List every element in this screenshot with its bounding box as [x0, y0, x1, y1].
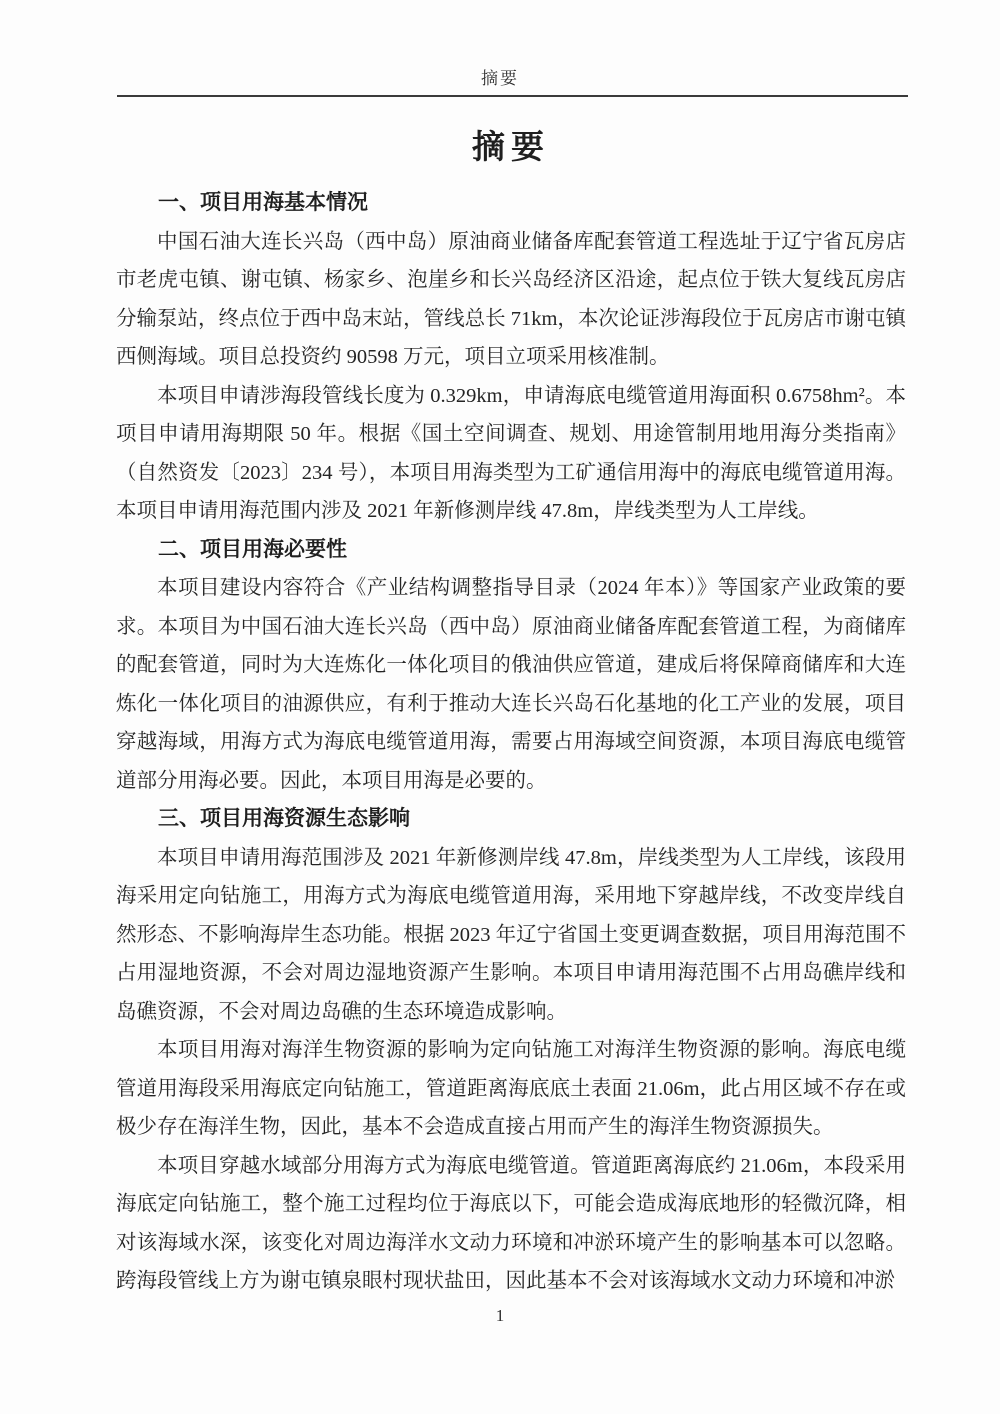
section-heading-eco-impact: 三、项目用海资源生态影响	[116, 800, 906, 839]
paragraph: 本项目建设内容符合《产业结构调整指导目录（2024 年本）》等国家产业政策的要求…	[116, 569, 906, 800]
section-heading-project-basics: 一、项目用海基本情况	[116, 184, 906, 223]
paragraph: 本项目申请涉海段管线长度为 0.329km，申请海底电缆管道用海面积 0.675…	[116, 377, 906, 531]
paragraph: 本项目用海对海洋生物资源的影响为定向钻施工对海洋生物资源的影响。海底电缆管道用海…	[116, 1031, 906, 1147]
header-rule	[117, 95, 908, 97]
document-content: 摘要 一、项目用海基本情况 中国石油大连长兴岛（西中岛）原油商业储备库配套管道工…	[116, 121, 906, 1301]
paragraph: 中国石油大连长兴岛（西中岛）原油商业储备库配套管道工程选址于辽宁省瓦房店市老虎屯…	[116, 223, 906, 377]
running-header-title: 摘要	[481, 69, 519, 88]
page-number: 1	[0, 1306, 1000, 1326]
section-heading-necessity: 二、项目用海必要性	[116, 531, 906, 570]
document-page: 摘要 摘要 一、项目用海基本情况 中国石油大连长兴岛（西中岛）原油商业储备库配套…	[0, 0, 1000, 1414]
page-title: 摘要	[116, 121, 906, 168]
running-header: 摘要	[0, 0, 1000, 89]
paragraph: 本项目穿越水域部分用海方式为海底电缆管道。管道距离海底约 21.06m，本段采用…	[116, 1147, 906, 1301]
paragraph: 本项目申请用海范围涉及 2021 年新修测岸线 47.8m，岸线类型为人工岸线，…	[116, 839, 906, 1032]
